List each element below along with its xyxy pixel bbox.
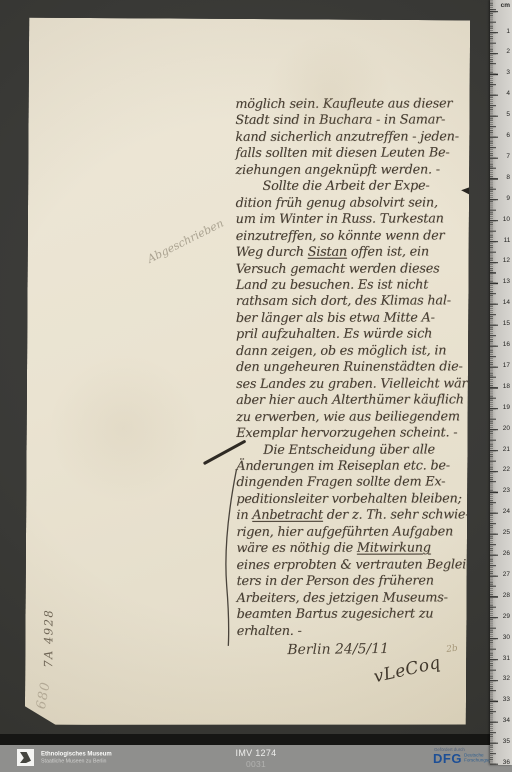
ruler-number: 8 — [506, 173, 510, 180]
letter-lines: möglich sein. Kaufleute aus dieserStadt … — [235, 96, 471, 640]
letter-line: Versuch gemacht werden dieses — [236, 261, 471, 278]
ruler-number: 27 — [503, 570, 510, 577]
letter-line: Die Entscheidung über alle — [263, 442, 471, 459]
ruler-number: 25 — [503, 528, 510, 535]
ruler-number: 24 — [503, 507, 510, 514]
ruler-number: 29 — [503, 612, 510, 619]
letter-line: dann zeigen, ob es möglich ist, in — [236, 343, 471, 360]
ruler-number: 1 — [506, 27, 510, 34]
ruler-number: 36 — [503, 758, 510, 765]
letter-line: rathsam sich dort, des Klimas hal- — [236, 294, 471, 311]
ruler-number: 32 — [503, 674, 510, 681]
letter-line: ziehungen angeknüpft werden. - — [235, 162, 470, 179]
ruler-number: 14 — [503, 298, 510, 305]
letter-line: Land zu besuchen. Es ist nicht — [236, 277, 471, 294]
letter-line: dition früh genug absolvirt sein, — [236, 195, 471, 212]
ruler-number: 13 — [503, 277, 510, 284]
letter-line: Änderungen im Reiseplan etc. be- — [236, 458, 471, 475]
call-number-secondary: 680 — [34, 680, 54, 710]
ruler-number: 16 — [503, 340, 510, 347]
letter-line: eines erprobten & vertrauten Beglei- — [237, 557, 472, 574]
letter-line: Weg durch Sistan offen ist, ein — [236, 244, 471, 261]
ruler-number: 15 — [503, 319, 510, 326]
ruler-number: 35 — [503, 737, 510, 744]
ruler-number: 10 — [503, 215, 510, 222]
letter-line: beamten Bartus zugesichert zu — [237, 606, 472, 623]
ruler-mm-ticks — [490, 0, 493, 765]
letter-line: einzutreffen, so könnte wenn der — [236, 228, 471, 245]
paper-sheet: Abgeschrieben möglich sein. Kaufleute au… — [25, 18, 470, 728]
ruler-number: 3 — [506, 68, 510, 75]
ruler-number: 6 — [506, 131, 510, 138]
letter-line: aber hier auch Alterthümer käuflich — [236, 392, 471, 409]
ruler-number: 5 — [506, 110, 510, 117]
ruler-number: 33 — [503, 695, 510, 702]
letter-date: Berlin 24/5/11 — [287, 641, 389, 658]
ruler-number: 12 — [503, 256, 510, 263]
ruler-number: 11 — [503, 236, 510, 243]
letter-line: dingenden Fragen sollte dem Ex- — [236, 475, 471, 492]
ruler-number: 28 — [503, 591, 510, 598]
ruler-number: 34 — [503, 716, 510, 723]
letter-line: pril aufzuhalten. Es würde sich — [236, 327, 471, 344]
letter-line: Sollte die Arbeit der Expe- — [263, 179, 471, 196]
letter-line: ters in der Person des früheren — [237, 573, 472, 590]
footer-bar: Ethnologisches Museum Staatliche Museen … — [0, 745, 512, 772]
ruler-number: 26 — [503, 549, 510, 556]
paper-edge-tear — [461, 187, 469, 194]
letter-line: ber länger als bis etwa Mitte A- — [236, 310, 471, 327]
ruler-number: 4 — [506, 89, 510, 96]
letter-line: erhalten. - — [237, 623, 472, 640]
page-corner-note: 2b — [446, 644, 459, 655]
ruler-unit-label: cm — [501, 1, 510, 8]
letter-line: Exemplar hervorzugehen scheint. - — [236, 425, 471, 442]
ruler-number: 21 — [503, 445, 510, 452]
ruler-number: 17 — [503, 361, 510, 368]
ruler-number: 22 — [503, 465, 510, 472]
margin-emphasis-line — [221, 468, 240, 648]
letter-line: in Anbetracht der z. Th. sehr schwie- — [236, 508, 471, 525]
letter-line: zu erwerben, wie aus beiliegendem — [236, 409, 471, 426]
ruler-number: 2 — [506, 47, 510, 54]
letter-line: um im Winter in Russ. Turkestan — [236, 212, 471, 229]
call-number-vertical: 7A 4928 — [41, 609, 55, 668]
letter-line: ses Landes zu graben. Vielleicht wären — [236, 376, 471, 393]
letter-line: falls sollten mit diesen Leuten Be- — [235, 146, 470, 163]
ruler-number: 20 — [503, 424, 510, 431]
letter-signature: vLeCoq — [372, 653, 443, 687]
ruler-number: 30 — [503, 633, 510, 640]
dfg-logo-text: DFG — [433, 751, 462, 766]
ruler-number: 9 — [506, 194, 510, 201]
pencil-annotation: Abgeschrieben — [145, 217, 225, 266]
letter-line: kand sicherlich anzutreffen - jeden- — [235, 129, 470, 146]
ruler-number: 23 — [503, 486, 510, 493]
letter-line: Arbeiters, des jetzigen Museums- — [237, 590, 472, 607]
letter-line: Stadt sind in Buchara - in Samar- — [235, 113, 470, 130]
ruler-number: 31 — [503, 654, 510, 661]
ruler-number: 7 — [506, 152, 510, 159]
ruler-number: 19 — [503, 403, 510, 410]
letter-line: rigen, hier aufgeführten Aufgaben — [236, 524, 471, 541]
letter-line: wäre es nöthig die Mitwirkung — [236, 541, 471, 558]
ruler-number: 18 — [503, 382, 510, 389]
letter-line: den ungeheuren Ruinenstädten die- — [236, 360, 471, 377]
letter-line: möglich sein. Kaufleute aus dieser — [235, 96, 470, 113]
letter-line: peditionsleiter vorbehalten bleiben; — [236, 491, 471, 508]
letter-text: möglich sein. Kaufleute aus dieserStadt … — [235, 96, 471, 640]
scanned-document: Abgeschrieben möglich sein. Kaufleute au… — [0, 0, 512, 772]
photo-ruler: cm 1234567891011121314151617181920212223… — [490, 0, 512, 765]
